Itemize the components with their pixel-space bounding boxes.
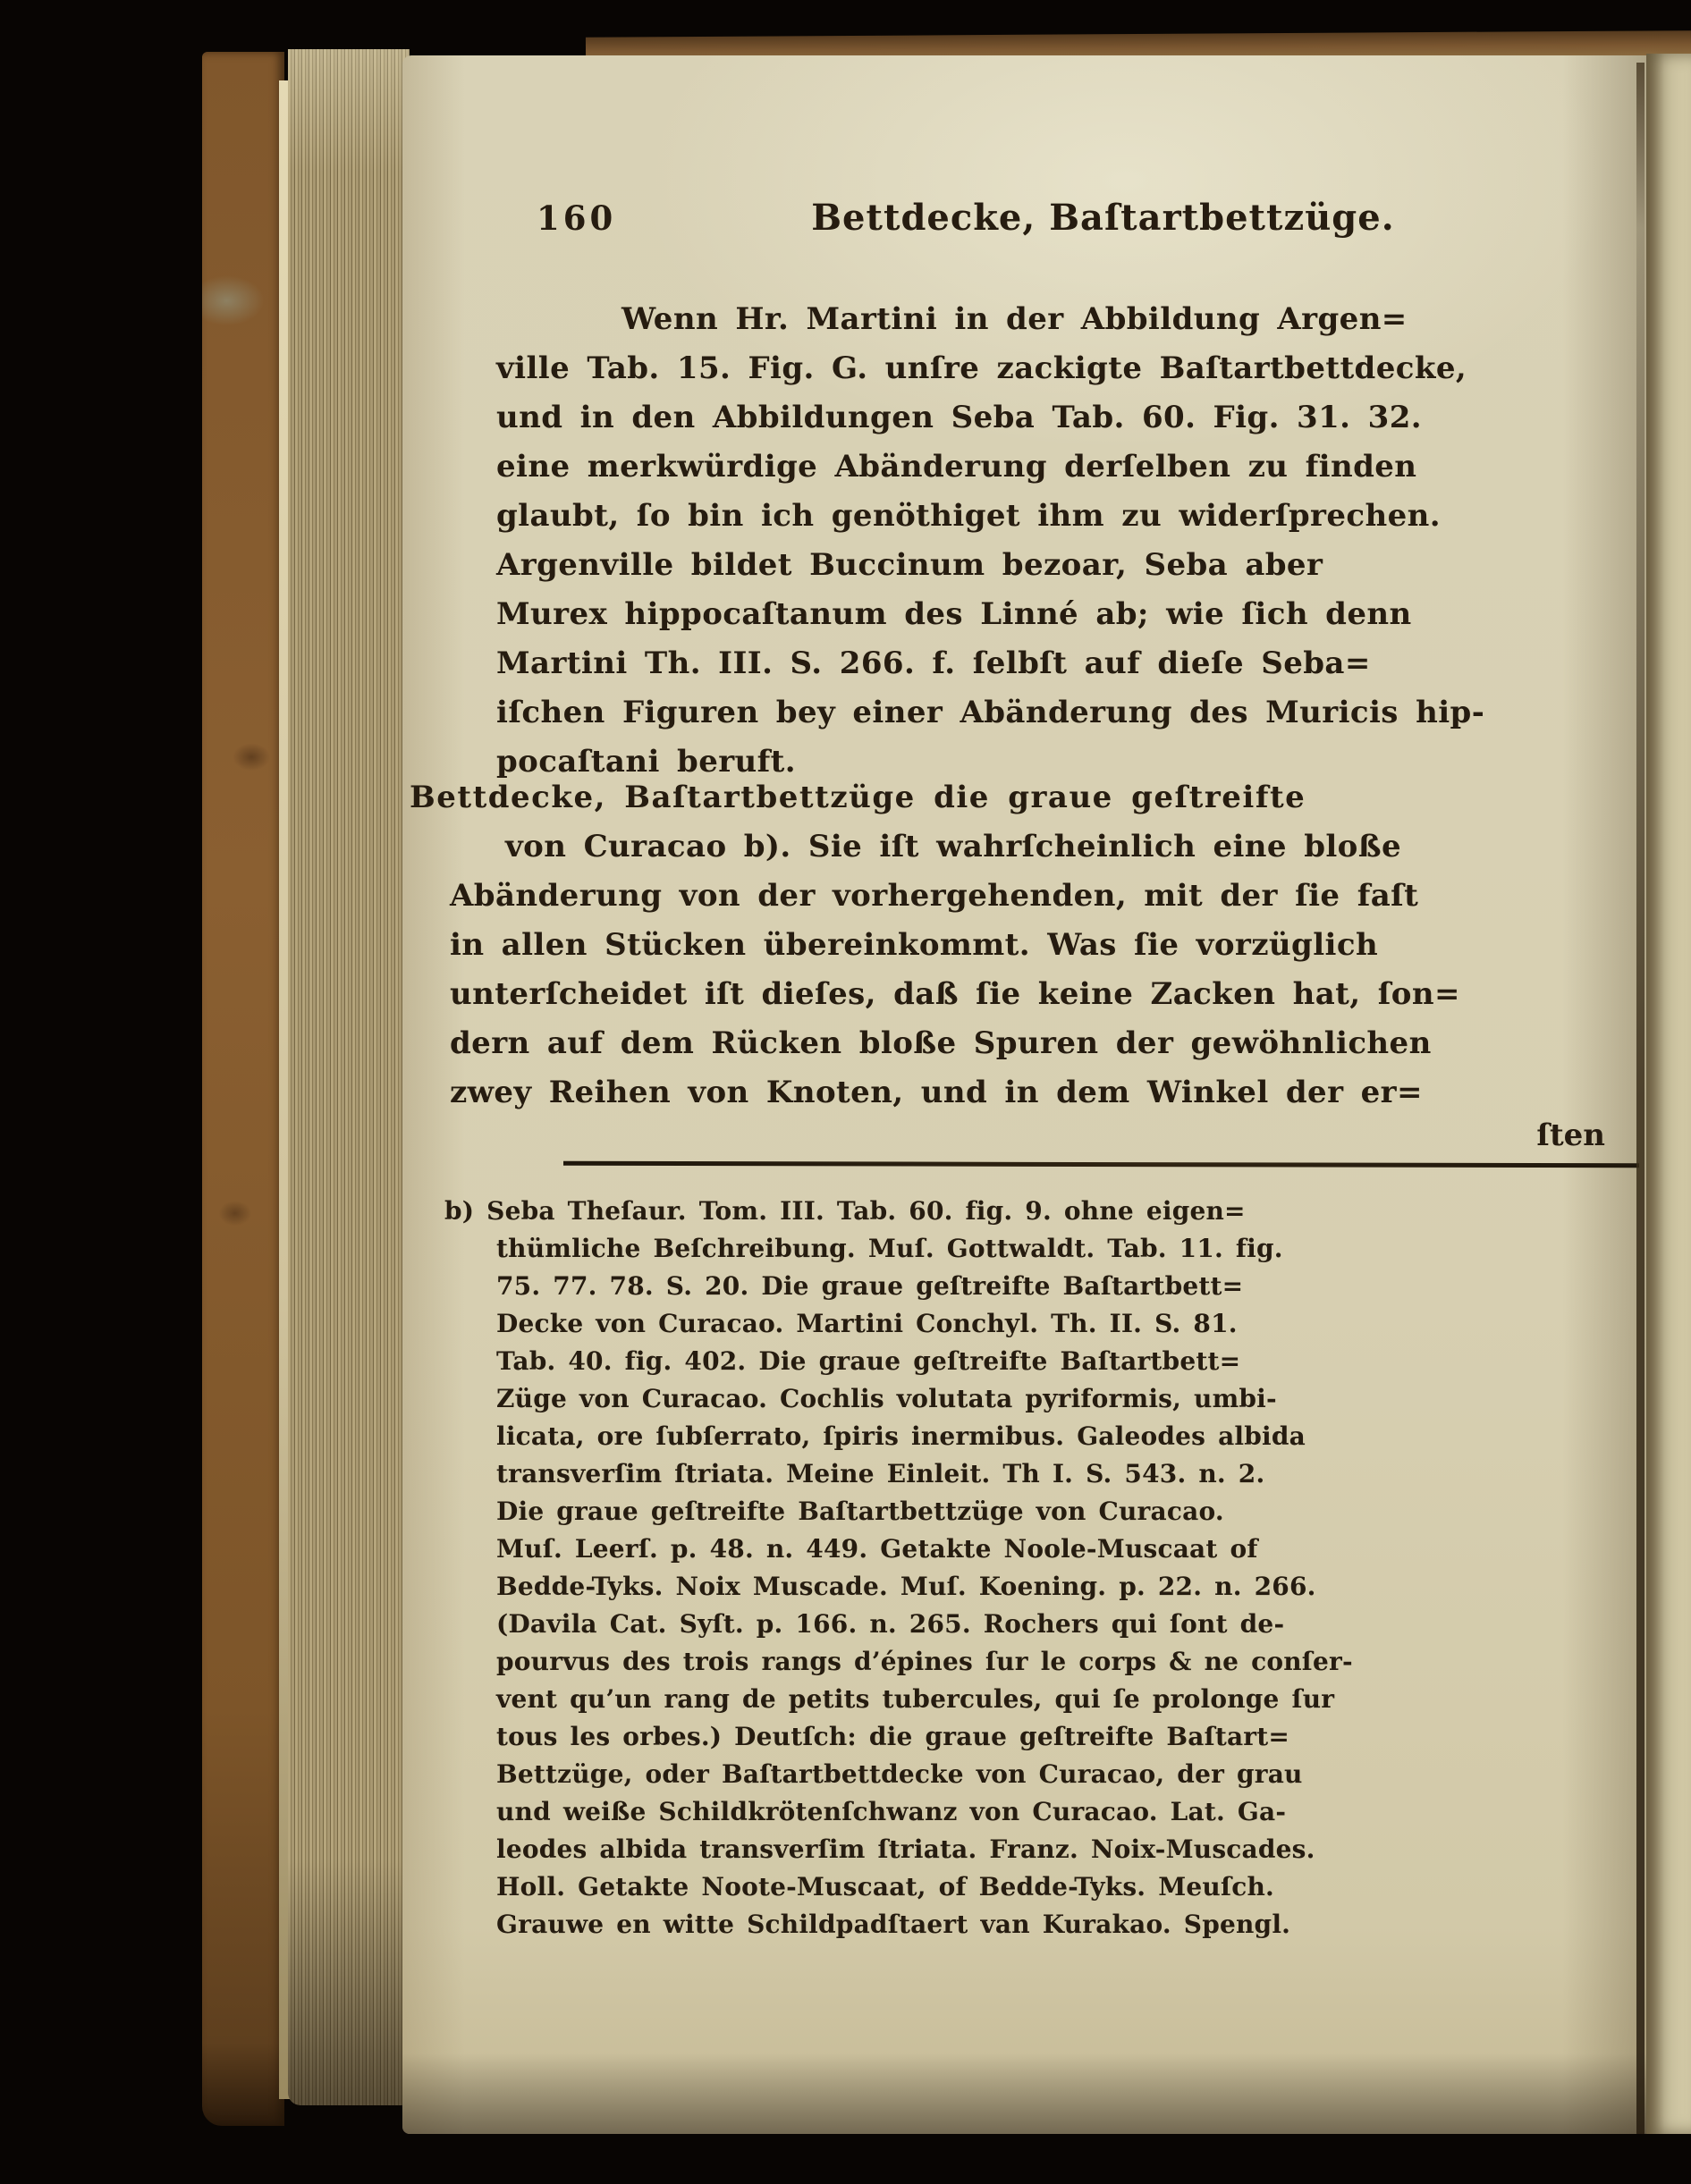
catchword: ſten: [1536, 1117, 1605, 1153]
footnote-line: und weiße Schildkrötenſchwanz von Curaca…: [496, 1793, 1619, 1831]
page-header: 160 Bettdecke, Baſtartbettzüge.: [402, 197, 1650, 239]
footnote-line: pourvus des trois rangs d’épines ſur le …: [496, 1643, 1619, 1681]
footnote-line: Grauwe en witte Schildpadſtaert van Kura…: [496, 1906, 1619, 1944]
text-line: und in den Abbildungen Seba Tab. 60. Fig…: [496, 393, 1610, 443]
paragraph-1: Wenn Hr. Martini in der Abbildung Argen=…: [496, 295, 1610, 787]
leather-cover-strip: [202, 52, 284, 2126]
footnote-block: b) Seba Theſaur. Tom. III. Tab. 60. fig.…: [496, 1193, 1619, 1944]
text-line: glaubt, ſo bin ich genöthiget ihm zu wid…: [496, 492, 1610, 541]
footnote-line: Züge von Curacao. Cochlis volutata pyrif…: [496, 1380, 1619, 1418]
footnote-line: Decke von Curacao. Martini Conchyl. Th. …: [496, 1305, 1619, 1343]
text-line: Argenville bildet Buccinum bezoar, Seba …: [496, 541, 1610, 590]
page-fore-edges: [288, 49, 410, 2105]
footnote-line: transverſim ſtriata. Meine Einleit. Th I…: [496, 1455, 1619, 1493]
footnote-line: 75. 77. 78. S. 20. Die graue geſtreifte …: [496, 1268, 1619, 1305]
footnote-line: Bedde-Tyks. Noix Muscade. Muſ. Koening. …: [496, 1568, 1619, 1606]
text-line: Wenn Hr. Martini in der Abbildung Argen=: [621, 295, 1610, 344]
text-line: Abänderung von der vorhergehenden, mit d…: [450, 872, 1612, 921]
footnote-line: b) Seba Theſaur. Tom. III. Tab. 60. fig.…: [444, 1193, 1619, 1230]
footnote-line: vent qu’un rang de petits tubercules, qu…: [496, 1681, 1619, 1718]
text-line: iſchen Figuren bey einer Abänderung des …: [496, 688, 1610, 738]
footnote-separator: [563, 1161, 1639, 1168]
footnote-line: Holl. Getakte Noote-Muscaat, of Bedde-Ty…: [496, 1868, 1619, 1906]
text-line: ville Tab. 15. Fig. G. unſre zackigte Ba…: [496, 344, 1610, 393]
facing-page-edge: [1646, 54, 1691, 2134]
footnote-line: licata, ore ſubſerrato, ſpiris inermibus…: [496, 1418, 1619, 1455]
footnote-line: (Davila Cat. Syſt. p. 166. n. 265. Roche…: [496, 1606, 1619, 1643]
footnote-line: Bettzüge, oder Baſtartbettdecke von Cura…: [496, 1756, 1619, 1793]
text-line: Martini Th. III. S. 266. f. ſelbſt auf d…: [496, 639, 1610, 688]
book-page: 160 Bettdecke, Baſtartbettzüge. Wenn Hr.…: [402, 55, 1650, 2134]
text-line: zwey Reihen von Knoten, und in dem Winke…: [450, 1068, 1612, 1117]
running-title: Bettdecke, Baſtartbettzüge.: [811, 197, 1394, 239]
text-line: Bettdecke, Baſtartbettzüge die graue geſ…: [410, 773, 1612, 822]
footnote-line: Tab. 40. fig. 402. Die graue geſtreifte …: [496, 1343, 1619, 1380]
page-number: 160: [537, 198, 616, 238]
footnote-line: Die graue geſtreifte Baſtartbettzüge von…: [496, 1493, 1619, 1530]
gutter-crease: [1636, 63, 1644, 2134]
footnote-line: thümliche Beſchreibung. Muſ. Gottwaldt. …: [496, 1230, 1619, 1268]
book-scan-scene: 160 Bettdecke, Baſtartbettzüge. Wenn Hr.…: [0, 0, 1691, 2184]
text-line: unterſcheidet iſt dieſes, daß ſie keine …: [450, 970, 1612, 1019]
text-line: dern auf dem Rücken bloße Spuren der gew…: [450, 1019, 1612, 1068]
footnote-line: Muſ. Leerſ. p. 48. n. 449. Getakte Noole…: [496, 1530, 1619, 1568]
text-line: eine merkwürdige Abänderung derſelben zu…: [496, 443, 1610, 492]
text-line: von Curacao b). Sie iſt wahrſcheinlich e…: [505, 822, 1612, 872]
catchword-row: ſten: [496, 1117, 1605, 1153]
paragraph-2: Bettdecke, Baſtartbettzüge die graue geſ…: [450, 773, 1612, 1117]
footnote-line: leodes albida transverſim ſtriata. Franz…: [496, 1831, 1619, 1868]
footnote-line: tous les orbes.) Deutſch: die graue geſt…: [496, 1718, 1619, 1756]
text-line: in allen Stücken übereinkommt. Was ſie v…: [450, 921, 1612, 970]
text-line: Murex hippocaſtanum des Linné ab; wie ſi…: [496, 590, 1610, 639]
